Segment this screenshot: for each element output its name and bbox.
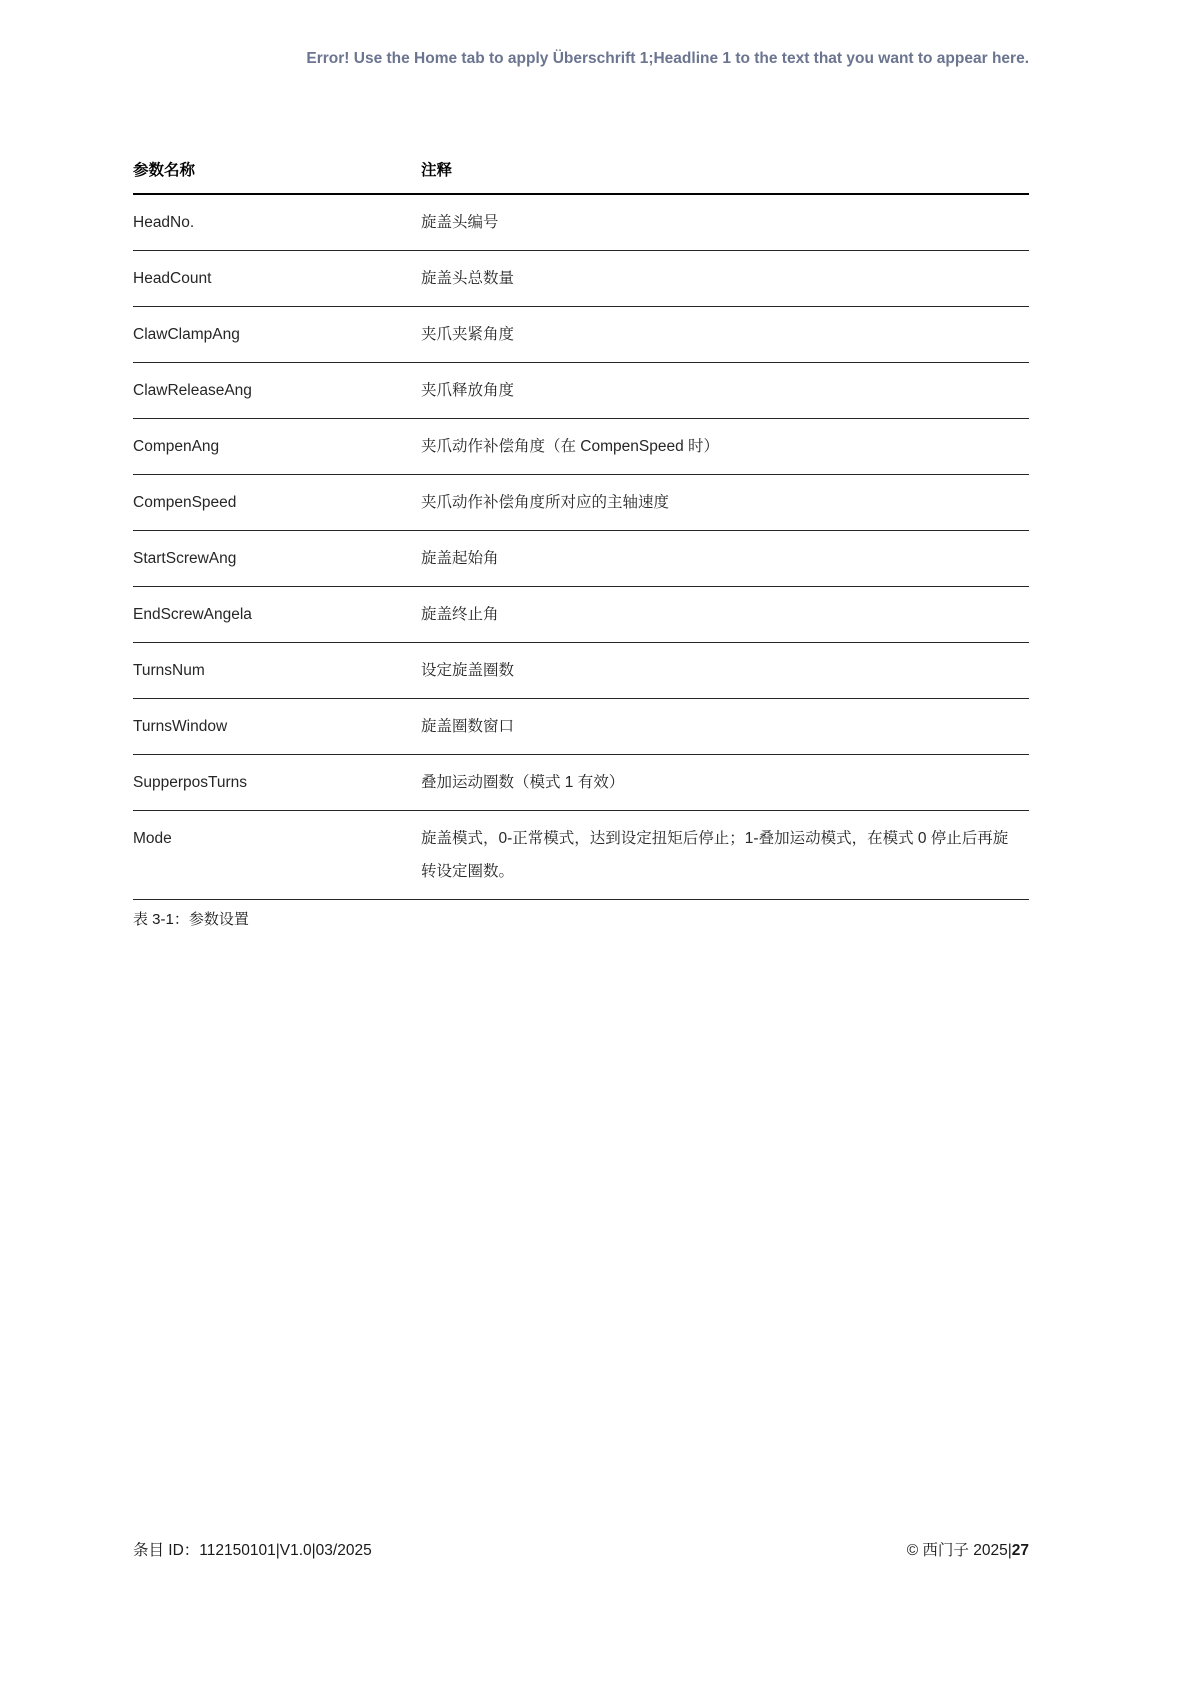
param-name-cell: StartScrewAng — [133, 531, 421, 587]
param-comment-cell: 旋盖圈数窗口 — [421, 699, 1029, 755]
param-comment-cell: 旋盖模式，0-正常模式，达到设定扭矩后停止；1-叠加运动模式，在模式 0 停止后… — [421, 811, 1029, 900]
footer-copyright-text: © 西门子 2025| — [907, 1542, 1012, 1559]
param-comment-cell: 夹爪动作补偿角度（在 CompenSpeed 时） — [421, 419, 1029, 475]
page-content: Error! Use the Home tab to apply Übersch… — [0, 0, 1190, 931]
param-name-cell: CompenSpeed — [133, 475, 421, 531]
param-comment-cell: 设定旋盖圈数 — [421, 643, 1029, 699]
param-name-cell: ClawClampAng — [133, 307, 421, 363]
table-row: SupperposTurns 叠加运动圈数（模式 1 有效） — [133, 755, 1029, 811]
param-comment-cell: 旋盖头总数量 — [421, 251, 1029, 307]
param-name-cell: TurnsWindow — [133, 699, 421, 755]
param-comment-cell: 叠加运动圈数（模式 1 有效） — [421, 755, 1029, 811]
table-row: HeadCount 旋盖头总数量 — [133, 251, 1029, 307]
table-row: CompenAng 夹爪动作补偿角度（在 CompenSpeed 时） — [133, 419, 1029, 475]
param-name-cell: EndScrewAngela — [133, 587, 421, 643]
param-name-cell: HeadCount — [133, 251, 421, 307]
param-name-cell: SupperposTurns — [133, 755, 421, 811]
table-row: StartScrewAng 旋盖起始角 — [133, 531, 1029, 587]
footer-copyright: © 西门子 2025|27 — [907, 1540, 1029, 1562]
table-row: ClawReleaseAng 夹爪释放角度 — [133, 363, 1029, 419]
table-row: Mode 旋盖模式，0-正常模式，达到设定扭矩后停止；1-叠加运动模式，在模式 … — [133, 811, 1029, 900]
param-comment-cell: 夹爪释放角度 — [421, 363, 1029, 419]
table-row: CompenSpeed 夹爪动作补偿角度所对应的主轴速度 — [133, 475, 1029, 531]
header-row: 参数名称 注释 — [133, 154, 1029, 194]
column-header-parameter-name: 参数名称 — [133, 154, 421, 194]
parameter-table-body: HeadNo. 旋盖头编号 HeadCount 旋盖头总数量 ClawClamp… — [133, 194, 1029, 900]
table-row: HeadNo. 旋盖头编号 — [133, 194, 1029, 251]
page-footer: 条目 ID：112150101|V1.0|03/2025 © 西门子 2025|… — [133, 1540, 1029, 1562]
param-name-cell: Mode — [133, 811, 421, 900]
param-comment-cell: 旋盖起始角 — [421, 531, 1029, 587]
table-row: EndScrewAngela 旋盖终止角 — [133, 587, 1029, 643]
param-name-cell: HeadNo. — [133, 194, 421, 251]
param-comment-cell: 旋盖终止角 — [421, 587, 1029, 643]
param-comment-cell: 夹爪夹紧角度 — [421, 307, 1029, 363]
param-comment-cell: 夹爪动作补偿角度所对应的主轴速度 — [421, 475, 1029, 531]
table-caption: 表 3-1：参数设置 — [133, 909, 1029, 931]
document-page: Error! Use the Home tab to apply Übersch… — [0, 0, 1190, 1683]
footer-page-number: 27 — [1012, 1542, 1029, 1559]
table-row: ClawClampAng 夹爪夹紧角度 — [133, 307, 1029, 363]
table-row: TurnsWindow 旋盖圈数窗口 — [133, 699, 1029, 755]
param-name-cell: CompenAng — [133, 419, 421, 475]
param-name-cell: TurnsNum — [133, 643, 421, 699]
param-comment-cell: 旋盖头编号 — [421, 194, 1029, 251]
parameter-table: 参数名称 注释 HeadNo. 旋盖头编号 HeadCount 旋盖头总数量 C… — [133, 154, 1029, 900]
parameter-table-head: 参数名称 注释 — [133, 154, 1029, 194]
column-header-comment: 注释 — [421, 154, 1029, 194]
header-error-text: Error! Use the Home tab to apply Übersch… — [133, 48, 1029, 70]
table-row: TurnsNum 设定旋盖圈数 — [133, 643, 1029, 699]
footer-entry-id: 条目 ID：112150101|V1.0|03/2025 — [133, 1540, 372, 1562]
param-name-cell: ClawReleaseAng — [133, 363, 421, 419]
